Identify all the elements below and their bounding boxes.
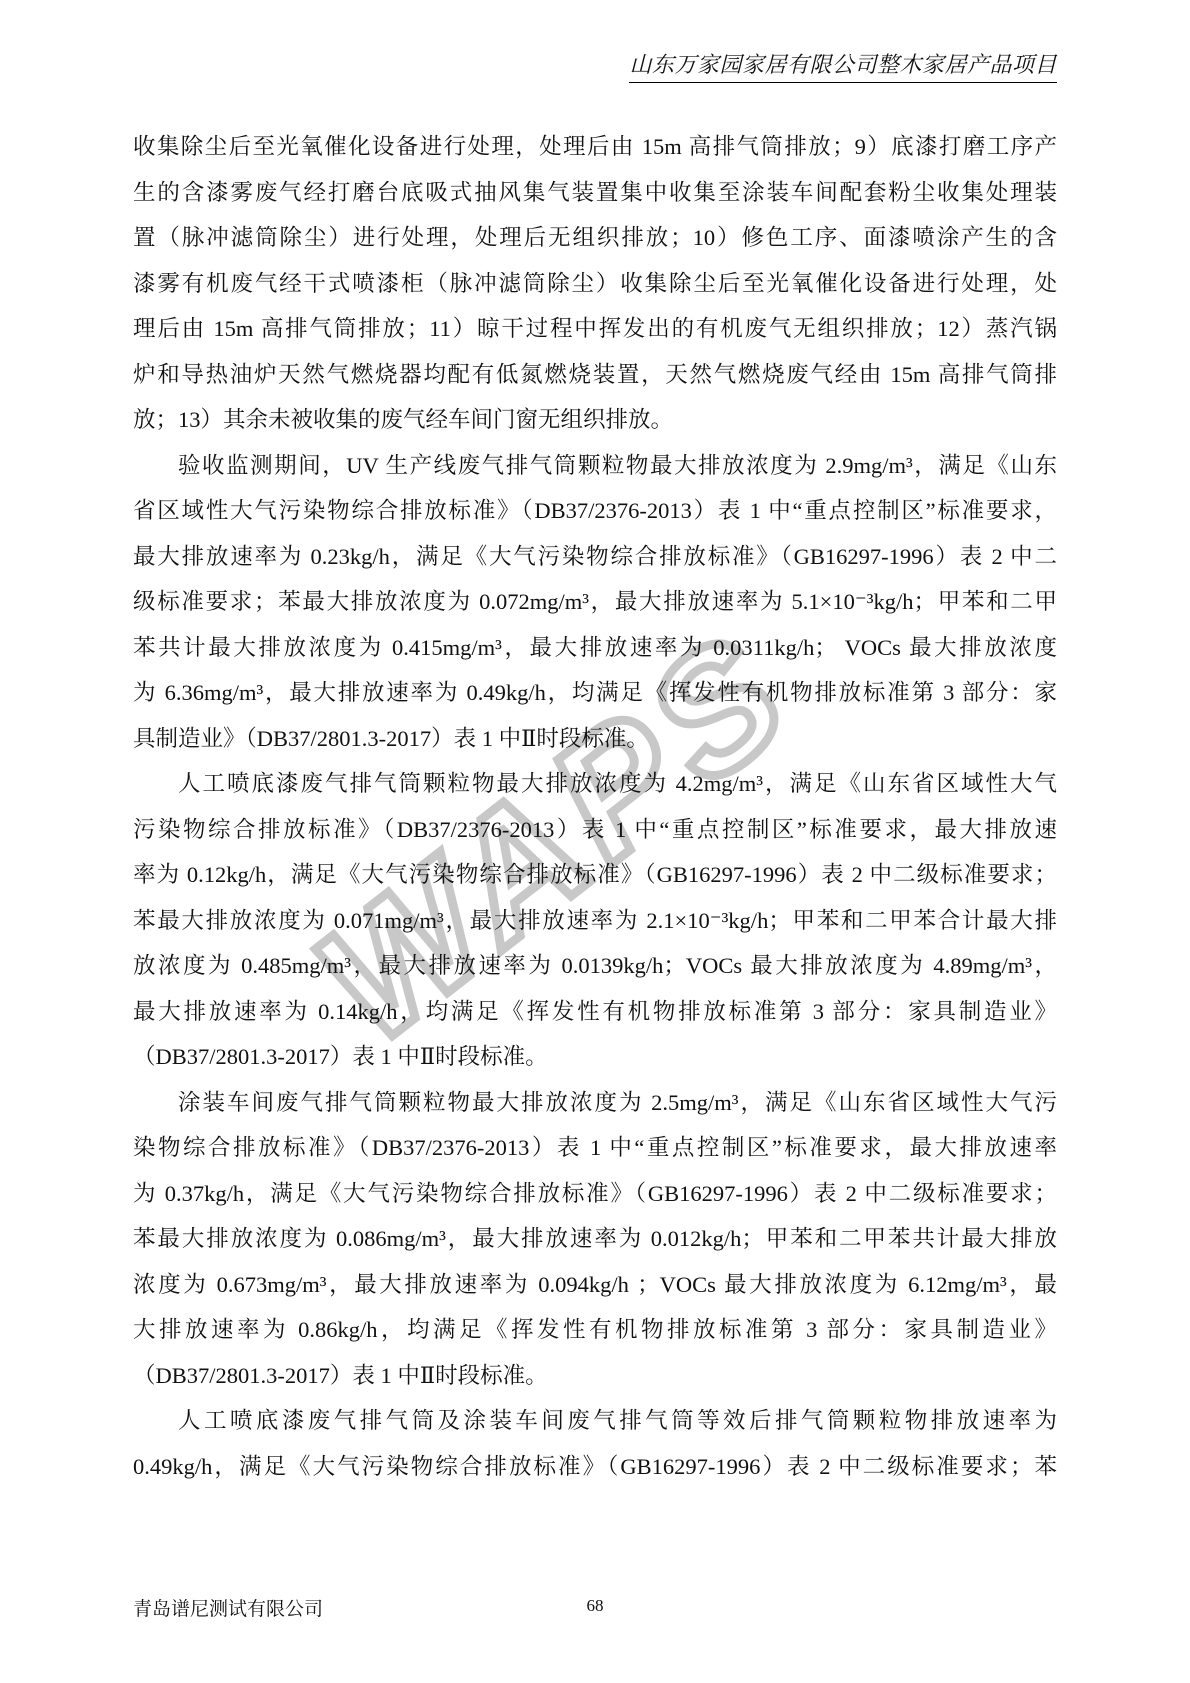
text-line: 染物综合排放标准》（DB37/2376-2013）表 1 中“重点控制区”标准要…	[133, 1125, 1057, 1171]
document-body: 收集除尘后至光氧催化设备进行处理，处理后由 15m 高排气筒排放；9）底漆打磨工…	[133, 124, 1057, 1489]
text-line: 污染物综合排放标准》（DB37/2376-2013）表 1 中“重点控制区”标准…	[133, 807, 1057, 853]
text-line: 生的含漆雾废气经打磨台底吸式抽风集气装置集中收集至涂装车间配套粉尘收集处理装	[133, 170, 1057, 216]
text-line: 涂装车间废气排气筒颗粒物最大排放浓度为 2.5mg/m³，满足《山东省区域性大气…	[133, 1080, 1057, 1126]
text-line: 苯共计最大排放浓度为 0.415mg/m³，最大排放速率为 0.0311kg/h…	[133, 625, 1057, 671]
text-line: 最大排放速率为 0.14kg/h，均满足《挥发性有机物排放标准第 3 部分：家具…	[133, 989, 1057, 1035]
text-line: 苯最大排放浓度为 0.086mg/m³，最大排放速率为 0.012kg/h；甲苯…	[133, 1216, 1057, 1262]
text-line: 最大排放速率为 0.23kg/h，满足《大气污染物综合排放标准》（GB16297…	[133, 534, 1057, 580]
header-title: 山东万家园家居有限公司整木家居产品项目	[629, 48, 1057, 83]
text-line: 收集除尘后至光氧催化设备进行处理，处理后由 15m 高排气筒排放；9）底漆打磨工…	[133, 124, 1057, 170]
text-line: （DB37/2801.3-2017）表 1 中Ⅱ时段标准。	[133, 1034, 1057, 1080]
text-line: 理后由 15m 高排气筒排放；11）晾干过程中挥发出的有机废气无组织排放；12）…	[133, 306, 1057, 352]
text-line: 为 0.37kg/h，满足《大气污染物综合排放标准》（GB16297-1996）…	[133, 1171, 1057, 1217]
text-line: 具制造业》（DB37/2801.3-2017）表 1 中Ⅱ时段标准。	[133, 716, 1057, 762]
text-line: 为 6.36mg/m³，最大排放速率为 0.49kg/h，均满足《挥发性有机物排…	[133, 670, 1057, 716]
text-line: 浓度为 0.673mg/m³，最大排放速率为 0.094kg/h ；VOCs 最…	[133, 1262, 1057, 1308]
text-line: 漆雾有机废气经干式喷漆柜（脉冲滤筒除尘）收集除尘后至光氧催化设备进行处理，处	[133, 261, 1057, 307]
footer-page-number: 68	[0, 1596, 1190, 1616]
text-line: 级标准要求；苯最大排放浓度为 0.072mg/m³，最大排放速率为 5.1×10…	[133, 579, 1057, 625]
document-page: WAPS 山东万家园家居有限公司整木家居产品项目 收集除尘后至光氧催化设备进行处…	[0, 0, 1190, 1683]
text-line: 炉和导热油炉天然气燃烧器均配有低氮燃烧装置，天然气燃烧废气经由 15m 高排气筒…	[133, 352, 1057, 398]
text-line: 放；13）其余未被收集的废气经车间门窗无组织排放。	[133, 397, 1057, 443]
text-line: 验收监测期间，UV 生产线废气排气筒颗粒物最大排放浓度为 2.9mg/m³，满足…	[133, 443, 1057, 489]
text-line: 率为 0.12kg/h，满足《大气污染物综合排放标准》（GB16297-1996…	[133, 852, 1057, 898]
text-line: 苯最大排放浓度为 0.071mg/m³，最大排放速率为 2.1×10⁻³kg/h…	[133, 898, 1057, 944]
text-line: 放浓度为 0.485mg/m³，最大排放速率为 0.0139kg/h；VOCs …	[133, 943, 1057, 989]
text-line: 人工喷底漆废气排气筒及涂装车间废气排气筒等效后排气筒颗粒物排放速率为	[133, 1398, 1057, 1444]
page-header: 山东万家园家居有限公司整木家居产品项目	[629, 48, 1057, 83]
text-line: 省区域性大气污染物综合排放标准》（DB37/2376-2013）表 1 中“重点…	[133, 488, 1057, 534]
text-line: （DB37/2801.3-2017）表 1 中Ⅱ时段标准。	[133, 1353, 1057, 1399]
text-line: 人工喷底漆废气排气筒颗粒物最大排放浓度为 4.2mg/m³，满足《山东省区域性大…	[133, 761, 1057, 807]
text-line: 置（脉冲滤筒除尘）进行处理，处理后无组织排放；10）修色工序、面漆喷涂产生的含	[133, 215, 1057, 261]
text-line: 大排放速率为 0.86kg/h，均满足《挥发性有机物排放标准第 3 部分：家具制…	[133, 1307, 1057, 1353]
page-footer: 青岛谱尼测试有限公司 68	[0, 1594, 1190, 1626]
text-line: 0.49kg/h，满足《大气污染物综合排放标准》（GB16297-1996）表 …	[133, 1444, 1057, 1490]
